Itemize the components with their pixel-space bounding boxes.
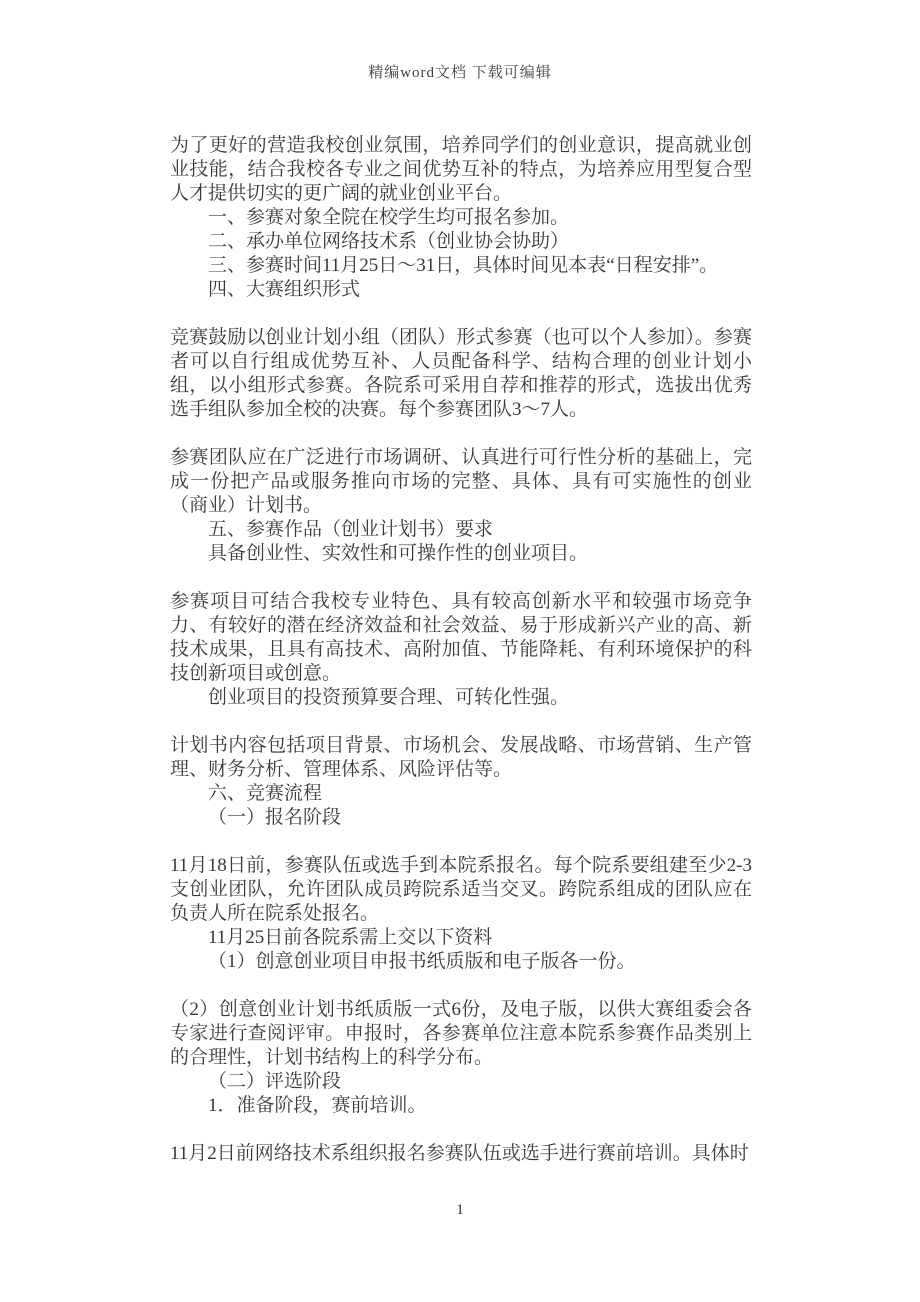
paragraph: 1．准备阶段，赛前培训。 [170, 1094, 752, 1118]
header-watermark-text: 精编word文档 下载可编辑 [0, 61, 920, 82]
paragraph: 参赛团队应在广泛进行市场调研、认真进行可行性分析的基础上，完成一份把产品或服务推… [170, 446, 752, 518]
paragraph: 创业项目的投资预算要合理、可转化性强。 [170, 686, 752, 710]
paragraph: 一、参赛对象全院在校学生均可报名参加。 [170, 206, 752, 230]
paragraph: （2）创意创业计划书纸质版一式6份，及电子版，以供大赛组委会各专家进行查阅评审。… [170, 998, 752, 1070]
paragraph: （一）报名阶段 [170, 806, 752, 830]
paragraph: 四、大赛组织形式 [170, 278, 752, 302]
paragraph: 六、竞赛流程 [170, 782, 752, 806]
paragraph: 具备创业性、实效性和可操作性的创业项目。 [170, 542, 752, 566]
paragraph: 参赛项目可结合我校专业特色、具有较高创新水平和较强市场竞争力、有较好的潜在经济效… [170, 590, 752, 686]
paragraph: （二）评选阶段 [170, 1070, 752, 1094]
paragraph: 为了更好的营造我校创业氛围，培养同学们的创业意识，提高就业创业技能，结合我校各专… [170, 134, 752, 206]
paragraph: 11月2日前网络技术系组织报名参赛队伍或选手进行赛前培训。具体时 [170, 1142, 752, 1166]
document-page: 精编word文档 下载可编辑 为了更好的营造我校创业氛围，培养同学们的创业意识，… [0, 0, 920, 1302]
paragraph: 11月25日前各院系需上交以下资料 [170, 926, 752, 950]
page-number: 1 [0, 1202, 920, 1219]
paragraph: （1）创意创业项目申报书纸质版和电子版各一份。 [170, 950, 752, 974]
paragraph: 11月18日前，参赛队伍或选手到本院系报名。每个院系要组建至少2-3支创业团队，… [170, 854, 752, 926]
paragraph: 五、参赛作品（创业计划书）要求 [170, 518, 752, 542]
paragraph: 二、承办单位网络技术系（创业协会协助） [170, 230, 752, 254]
document-body: 为了更好的营造我校创业氛围，培养同学们的创业意识，提高就业创业技能，结合我校各专… [170, 134, 752, 1166]
paragraph: 竞赛鼓励以创业计划小组（团队）形式参赛（也可以个人参加）。参赛者可以自行组成优势… [170, 326, 752, 422]
paragraph: 计划书内容包括项目背景、市场机会、发展战略、市场营销、生产管理、财务分析、管理体… [170, 734, 752, 782]
paragraph: 三、参赛时间11月25日～31日，具体时间见本表“日程安排”。 [170, 254, 752, 278]
